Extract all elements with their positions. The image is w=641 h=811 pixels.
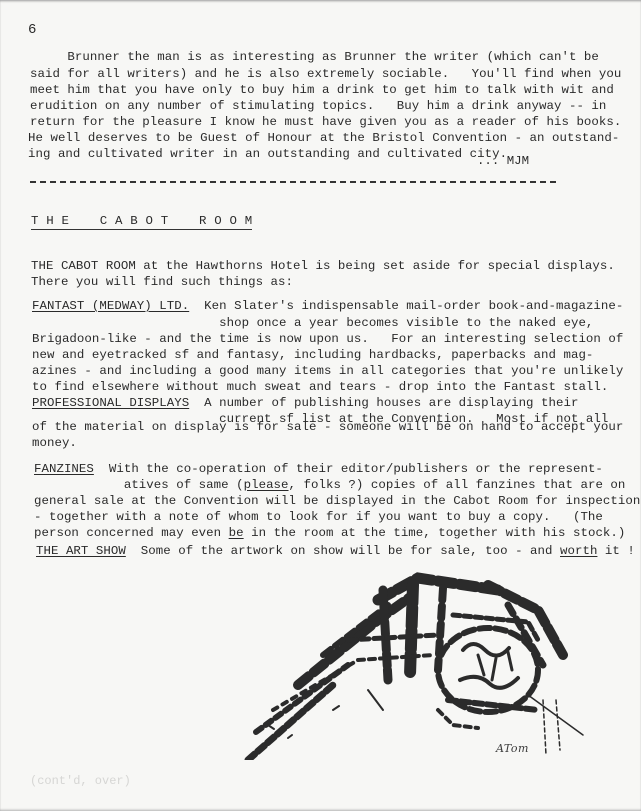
author-signature: ... MJM <box>477 154 529 168</box>
artshow-entry: THE ART SHOW Some of the artwork on show… <box>36 543 635 559</box>
text-line: person concerned may even be in the room… <box>34 525 625 541</box>
section-heading: T H E C A B O T R O O M <box>31 214 252 230</box>
intro-line: There you will find such things as: <box>31 274 293 290</box>
text-line: return for the pleasure I know he must h… <box>30 114 621 130</box>
intro-line: THE CABOT ROOM at the Hawthorns Hotel is… <box>31 258 615 274</box>
text-line: shop once a year becomes visible to the … <box>32 315 593 331</box>
artshow-label: THE ART SHOW <box>36 544 126 558</box>
text-line: Brigadoon-like - and the time is now upo… <box>32 331 623 347</box>
text-line: new and eyetracked sf and fantasy, inclu… <box>32 347 593 363</box>
text-line: azines - and including a good many items… <box>32 363 623 379</box>
emphasis-worth: worth <box>560 544 597 558</box>
fanzine-page: 6 Brunner the man is as interesting as B… <box>0 0 641 811</box>
emphasis-please: please <box>244 478 289 492</box>
text-line: to find elsewhere without much sweat and… <box>32 379 608 395</box>
text-span: , folks ?) copies of all fanzines that a… <box>289 478 626 492</box>
text-line: ing and cultivated writer in an outstand… <box>28 146 507 162</box>
text-line: Brunner the man is as interesting as Bru… <box>30 49 599 65</box>
text-line: of the material on display is for sale -… <box>32 419 623 435</box>
text-line: meet him that you have only to buy him a… <box>30 82 614 98</box>
text-span: person concerned may even <box>34 526 229 540</box>
text-line: money. <box>32 435 77 451</box>
hand-illustration <box>238 560 598 760</box>
section-divider <box>30 181 556 183</box>
text-span: Ken Slater's indispensable mail-order bo… <box>189 299 623 313</box>
text-line: atives of same (please, folks ?) copies … <box>34 477 625 493</box>
text-line: erudition on any number of stimulating t… <box>30 98 606 114</box>
text-span: With the co-operation of their editor/pu… <box>94 462 603 476</box>
text-line: - together with a note of whom to look f… <box>34 509 603 525</box>
professional-label: PROFESSIONAL DISPLAYS <box>32 396 189 410</box>
page-number: 6 <box>28 22 36 38</box>
text-line: general sale at the Convention will be d… <box>34 493 640 509</box>
artist-signature: ATom <box>496 742 529 755</box>
text-span: in the room at the time, together with h… <box>244 526 626 540</box>
emphasis-be: be <box>229 526 244 540</box>
text-span: it ! <box>597 544 634 558</box>
fantast-entry: FANTAST (MEDWAY) LTD. Ken Slater's indis… <box>32 298 623 314</box>
text-span: atives of same ( <box>34 478 244 492</box>
text-line: said for all writers) and he is also ext… <box>30 66 621 82</box>
fanzines-entry: FANZINES With the co-operation of their … <box>34 461 603 477</box>
showthrough-text: (cont'd, over) <box>30 774 131 788</box>
text-span: A number of publishing houses are displa… <box>189 396 578 410</box>
fantast-label: FANTAST (MEDWAY) LTD. <box>32 299 189 313</box>
text-line: He well deserves to be Guest of Honour a… <box>28 130 619 146</box>
text-span: Some of the artwork on show will be for … <box>126 544 560 558</box>
fanzines-label: FANZINES <box>34 462 94 476</box>
professional-entry: PROFESSIONAL DISPLAYS A number of publis… <box>32 395 578 411</box>
